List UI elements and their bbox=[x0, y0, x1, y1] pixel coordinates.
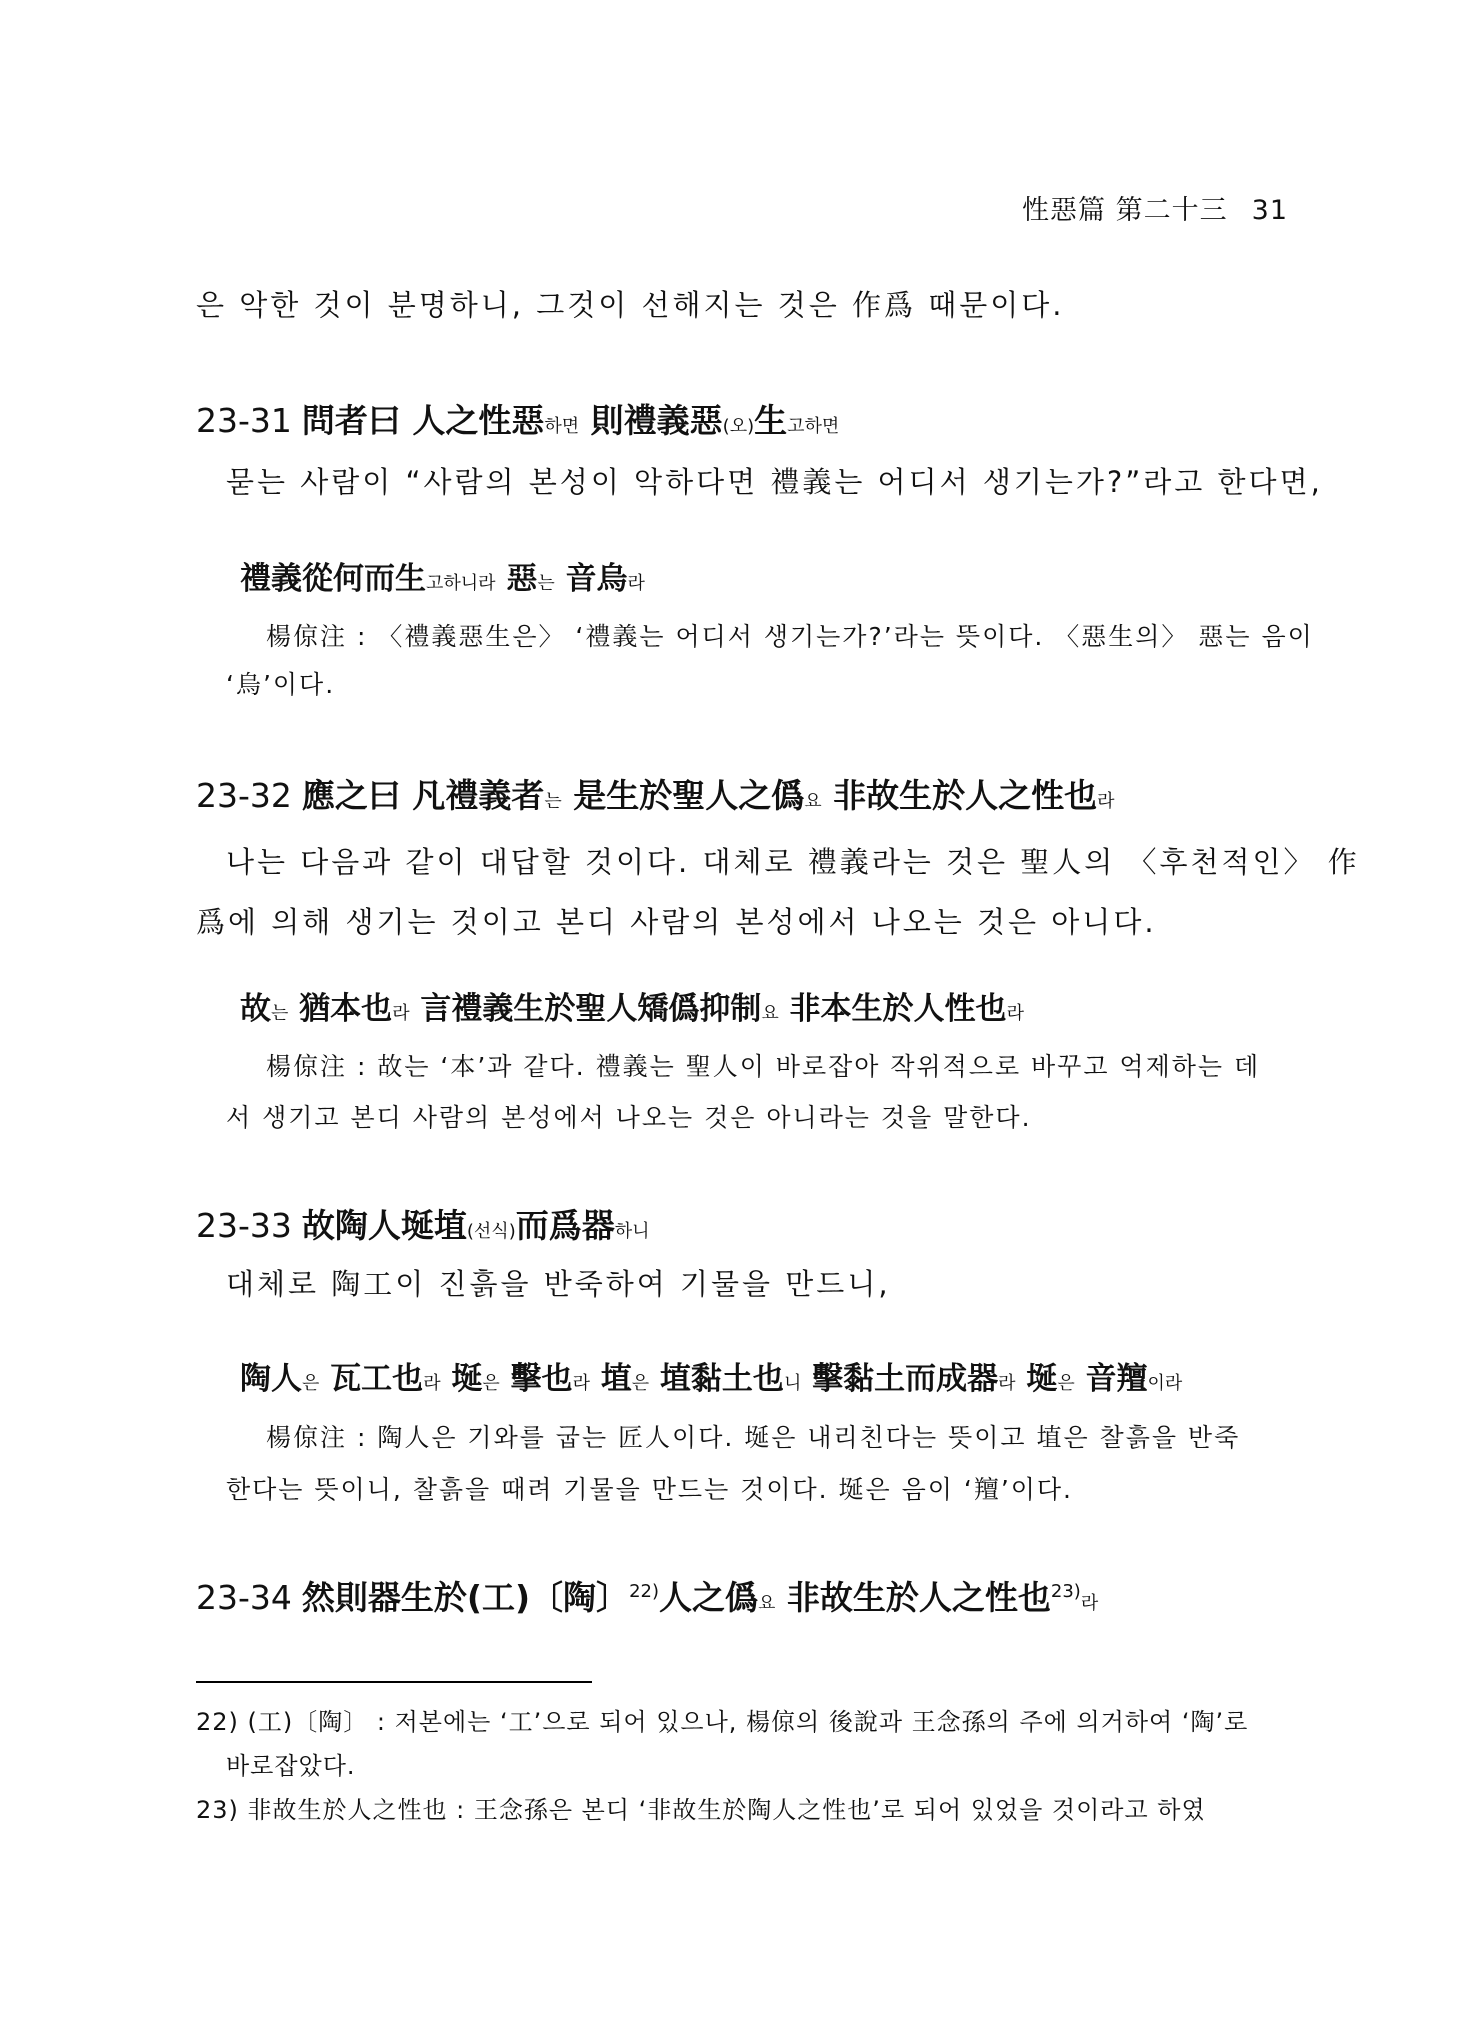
classical-text: 故 bbox=[240, 991, 271, 1027]
classical-text: 非故生於人之性也 bbox=[822, 776, 1098, 815]
classical-text: 瓦工也 bbox=[319, 1361, 423, 1397]
korean-particle: (선식) bbox=[467, 1221, 516, 1242]
korean-particle: 은 bbox=[302, 1373, 319, 1394]
classical-text: 而爲器 bbox=[516, 1206, 615, 1245]
chapter-title: 性惡篇 第二十三 bbox=[1022, 195, 1228, 226]
classical-text: 音羶 bbox=[1075, 1361, 1148, 1397]
classical-text: 則禮義惡 bbox=[579, 401, 723, 440]
footnote-23: 23) 非故生於人之性也 : 王念孫은 본디 ‘非故生於陶人之性也’로 되어 있… bbox=[196, 1790, 1206, 1825]
classical-text: 埴黏土也 bbox=[649, 1361, 784, 1397]
korean-particle: 는 bbox=[537, 573, 554, 594]
footnote-ref: 22) bbox=[629, 1581, 659, 1602]
korean-particle: 요 bbox=[804, 791, 821, 812]
korean-particle: 하면 bbox=[544, 416, 579, 437]
korean-particle: 고하면 bbox=[787, 416, 839, 437]
classical-text: 擊也 bbox=[500, 1361, 573, 1397]
classical-text: 禮義從何而生 bbox=[240, 561, 426, 597]
commentary-note-line: 서 생기고 본디 사람의 본성에서 나오는 것은 아니라는 것을 말한다. bbox=[226, 1098, 1032, 1134]
commentary-note-line: 楊倞注 : 〈禮義惡生은〉 ‘禮義는 어디서 생기는가?’라는 뜻이다. 〈惡生… bbox=[266, 617, 1314, 653]
classical-text: 擊黏土而成器 bbox=[801, 1361, 998, 1397]
classical-text: 埏 bbox=[441, 1361, 483, 1397]
korean-particle: 라 bbox=[628, 573, 645, 594]
section-heading-23-31: 23-31問者曰 人之性惡하면 則禮義惡(오)生고하면 bbox=[196, 395, 839, 442]
classical-text: 陶人 bbox=[240, 1361, 302, 1397]
classical-text: 埏 bbox=[1016, 1361, 1058, 1397]
commentary-note-line: 한다는 뜻이니, 찰흙을 때려 기물을 만드는 것이다. 埏은 음이 ‘羶’이다… bbox=[226, 1470, 1073, 1506]
korean-particle: 요 bbox=[758, 1593, 775, 1614]
classical-text: 音烏 bbox=[555, 561, 628, 597]
korean-particle: 는 bbox=[544, 791, 561, 812]
footnote-ref: 23) bbox=[1051, 1581, 1081, 1602]
korean-particle: 은 bbox=[632, 1373, 649, 1394]
classical-text: 故陶人埏埴 bbox=[302, 1206, 467, 1245]
korean-particle: 하니 bbox=[615, 1221, 650, 1242]
section-heading-23-33: 23-33故陶人埏埴(선식)而爲器하니 bbox=[196, 1200, 650, 1247]
commentary-original: 故는 猶本也라 言禮義生於聖人矯僞抑制요 非本生於人性也라 bbox=[240, 983, 1024, 1028]
section-number: 23-31 bbox=[196, 401, 292, 440]
commentary-note-line: 楊倞注 : 故는 ‘本’과 같다. 禮義는 聖人이 바로잡아 작위적으로 바꾸고… bbox=[266, 1047, 1260, 1083]
footnote-22-cont: 바로잡았다. bbox=[226, 1746, 356, 1781]
classical-text: 猶本也 bbox=[288, 991, 392, 1027]
classical-text: 惡 bbox=[496, 561, 538, 597]
translation-line: 묻는 사람이 “사람의 본성이 악하다면 禮義는 어디서 생기는가?”라고 한다… bbox=[226, 460, 1323, 501]
classical-text: 是生於聖人之僞 bbox=[562, 776, 805, 815]
commentary-note-line: ‘烏’이다. bbox=[226, 665, 335, 701]
classical-text: 非本生於人性也 bbox=[779, 991, 1007, 1027]
classical-text: 問者曰 人之性惡 bbox=[302, 401, 545, 440]
page-number: 31 bbox=[1252, 195, 1288, 226]
korean-particle: 은 bbox=[482, 1373, 499, 1394]
korean-particle: 라 bbox=[998, 1373, 1015, 1394]
korean-particle: 라 bbox=[423, 1373, 440, 1394]
translation-line: 爲에 의해 생기는 것이고 본디 사람의 본성에서 나오는 것은 아니다. bbox=[196, 900, 1157, 941]
korean-particle: 라 bbox=[573, 1373, 590, 1394]
korean-particle: 는 bbox=[271, 1003, 288, 1024]
korean-particle: 이라 bbox=[1148, 1373, 1183, 1394]
running-header: 性惡篇 第二十三31 bbox=[1022, 188, 1288, 227]
commentary-original: 陶人은 瓦工也라 埏은 擊也라 埴은 埴黏土也니 擊黏土而成器라 埏은 音羶이라 bbox=[240, 1353, 1182, 1398]
korean-particle: (오) bbox=[723, 416, 754, 437]
classical-text: 言禮義生於聖人矯僞抑制 bbox=[410, 991, 762, 1027]
classical-text: 非故生於人之性也 bbox=[775, 1578, 1051, 1617]
classical-text: 然則器生於(工)〔陶〕 bbox=[302, 1578, 629, 1617]
classical-text: 應之曰 凡禮義者 bbox=[302, 776, 545, 815]
classical-text: 生 bbox=[754, 401, 787, 440]
section-heading-23-32: 23-32應之曰 凡禮義者는 是生於聖人之僞요 非故生於人之性也라 bbox=[196, 770, 1115, 817]
section-number: 23-33 bbox=[196, 1206, 292, 1245]
section-heading-23-34: 23-34然則器生於(工)〔陶〕22)人之僞요 非故生於人之性也23)라 bbox=[196, 1572, 1098, 1619]
korean-particle: 은 bbox=[1057, 1373, 1074, 1394]
classical-text: 人之僞 bbox=[659, 1578, 758, 1617]
footnote-22: 22) (工)〔陶〕 : 저본에는 ‘工’으로 되어 있으나, 楊倞의 後說과 … bbox=[196, 1702, 1248, 1737]
translation-line: 나는 다음과 같이 대답할 것이다. 대체로 禮義라는 것은 聖人의 〈후천적인… bbox=[226, 840, 1360, 881]
korean-particle: 라 bbox=[1007, 1003, 1024, 1024]
footnote-divider bbox=[196, 1681, 592, 1683]
section-number: 23-32 bbox=[196, 776, 292, 815]
section-number: 23-34 bbox=[196, 1578, 292, 1617]
lead-line: 은 악한 것이 분명하니, 그것이 선해지는 것은 作爲 때문이다. bbox=[196, 283, 1065, 324]
korean-particle: 라 bbox=[1097, 791, 1114, 812]
korean-particle: 고하니라 bbox=[426, 573, 496, 594]
korean-particle: 라 bbox=[392, 1003, 409, 1024]
translation-line: 대체로 陶工이 진흙을 반죽하여 기물을 만드니, bbox=[226, 1262, 891, 1303]
commentary-original: 禮義從何而生고하니라 惡는 音烏라 bbox=[240, 553, 645, 598]
korean-particle: 요 bbox=[761, 1003, 778, 1024]
korean-particle: 니 bbox=[784, 1373, 801, 1394]
commentary-note-line: 楊倞注 : 陶人은 기와를 굽는 匠人이다. 埏은 내리친다는 뜻이고 埴은 찰… bbox=[266, 1418, 1240, 1454]
korean-particle: 라 bbox=[1081, 1593, 1098, 1614]
classical-text: 埴 bbox=[590, 1361, 632, 1397]
